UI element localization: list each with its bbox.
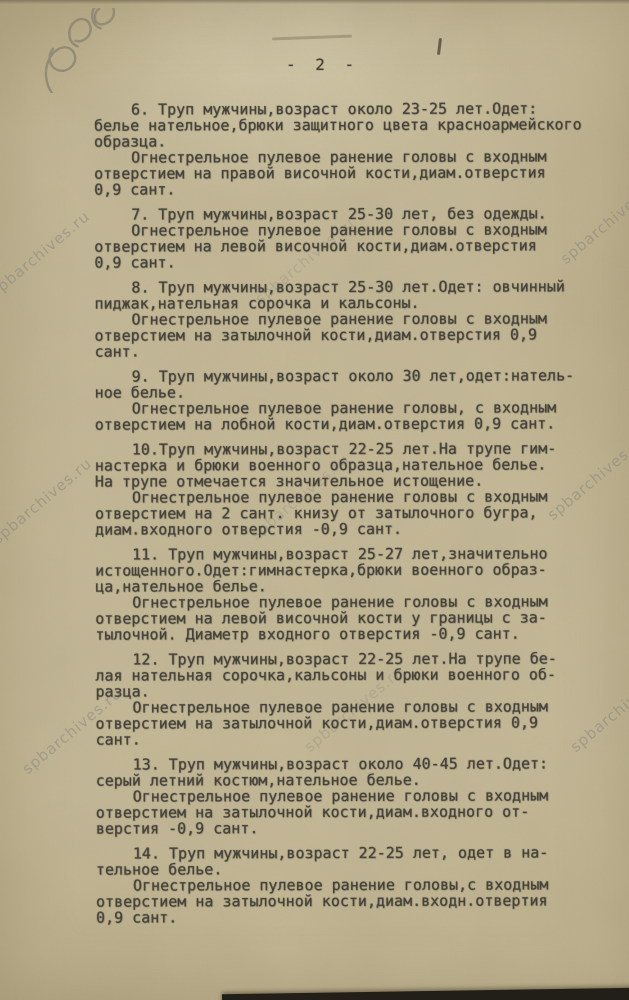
paragraph: Огнестрельное пулевое ранение головы с в… — [95, 488, 595, 537]
text-line: диам.входного отверстия -0,9 сант. — [95, 520, 595, 537]
scanned-document-page: - 2 - spbarchives.ru spbarchives.ru spba… — [0, 0, 629, 1000]
text-line: сант. — [95, 342, 595, 359]
paragraph: Огнестрельное пулевое ранение головы с в… — [94, 310, 594, 359]
paragraph: Огнестрельное пулевое ранение головы с в… — [94, 148, 594, 197]
page-number: - 2 - — [286, 56, 359, 74]
document-item: 9. Труп мужчины,возраст около 30 лет,оде… — [95, 367, 595, 432]
handwritten-mark — [30, 8, 150, 93]
text-line: отверстием на затылочной кости,диам.отве… — [96, 714, 596, 731]
text-line: белье нательное,брюки защитного цвета кр… — [94, 116, 594, 133]
text-line: истощенного.Одет:гимнастерка,брюки военн… — [95, 561, 595, 578]
text-line: 0,9 сант. — [96, 908, 596, 925]
text-line: сант. — [96, 730, 596, 747]
paragraph: Огнестрельное пулевое ранение головы с в… — [95, 593, 595, 642]
paragraph: 13. Труп мужчины,возраст около 40-45 лет… — [96, 755, 596, 788]
paragraph: 10.Труп мужчины,возраст 22-25 лет.На тру… — [95, 440, 595, 489]
paragraph: 12. Труп мужчины,возраст 22-25 лет.На тр… — [95, 650, 595, 699]
paragraph: 8. Труп мужчины,возраст 25-30 лет.Одет: … — [94, 278, 594, 311]
scan-top-edge — [0, 0, 629, 4]
text-line: 0,9 сант. — [94, 253, 594, 270]
document-item: 13. Труп мужчины,возраст около 40-45 лет… — [96, 755, 596, 836]
text-line: отверстием на затылочной кости,диам.вход… — [96, 803, 596, 820]
paragraph: 11. Труп мужчины,возраст 25-27 лет,значи… — [95, 545, 595, 594]
paragraph: 14. Труп мужчины,возраст 22-25 лет, одет… — [96, 844, 596, 877]
text-line: 9. Труп мужчины,возраст около 30 лет,оде… — [95, 367, 595, 384]
text-line: 14. Труп мужчины,возраст 22-25 лет, одет… — [96, 844, 596, 861]
text-line: отверстием на правой височной кости,диам… — [94, 164, 594, 181]
document-item: 7. Труп мужчины,возраст 25-30 лет, без о… — [94, 205, 594, 270]
document-item: 8. Труп мужчины,возраст 25-30 лет.Одет: … — [94, 278, 594, 359]
text-line: лая нательная сорочка,кальсоны и брюки в… — [95, 666, 595, 683]
document-items: 6. Труп мужчины,возраст около 23-25 лет.… — [94, 100, 596, 934]
paragraph: Огнестрельное пулевое ранение головы,с в… — [96, 876, 596, 925]
paragraph: Огнестрельное пулевое ранение головы с в… — [95, 698, 595, 747]
document-item: 10.Труп мужчины,возраст 22-25 лет.На тру… — [95, 440, 595, 537]
document-item: 11. Труп мужчины,возраст 25-27 лет,значи… — [95, 545, 595, 642]
text-line: отверстием на затылочной кости,диам.отве… — [95, 326, 595, 343]
document-item: 6. Труп мужчины,возраст около 23-25 лет.… — [94, 100, 594, 197]
text-line: тылочной. Диаметр входного отверстия -0,… — [95, 625, 595, 642]
paragraph: 6. Труп мужчины,возраст около 23-25 лет.… — [94, 100, 594, 149]
paragraph: Огнестрельное пулевое ранение головы, с … — [95, 399, 595, 432]
text-line: отверстием на левой височной кости,диам.… — [94, 237, 594, 254]
text-line: верстия -0,9 сант. — [96, 819, 596, 836]
document-item: 12. Труп мужчины,возраст 22-25 лет.На тр… — [95, 650, 595, 747]
text-line: отверстием на лобной кости,диам.отверсти… — [95, 415, 595, 432]
text-line: 0,9 сант. — [94, 180, 594, 197]
document-item: 14. Труп мужчины,возраст 22-25 лет, одет… — [96, 844, 596, 925]
paragraph: Огнестрельное пулевое ранение головы с в… — [94, 221, 594, 270]
paragraph: Огнестрельное пулевое ранение головы с в… — [96, 787, 596, 836]
paragraph: 9. Труп мужчины,возраст около 30 лет,оде… — [95, 367, 595, 400]
text-line: отверстием на затылочной кости,диам.вход… — [96, 892, 596, 909]
